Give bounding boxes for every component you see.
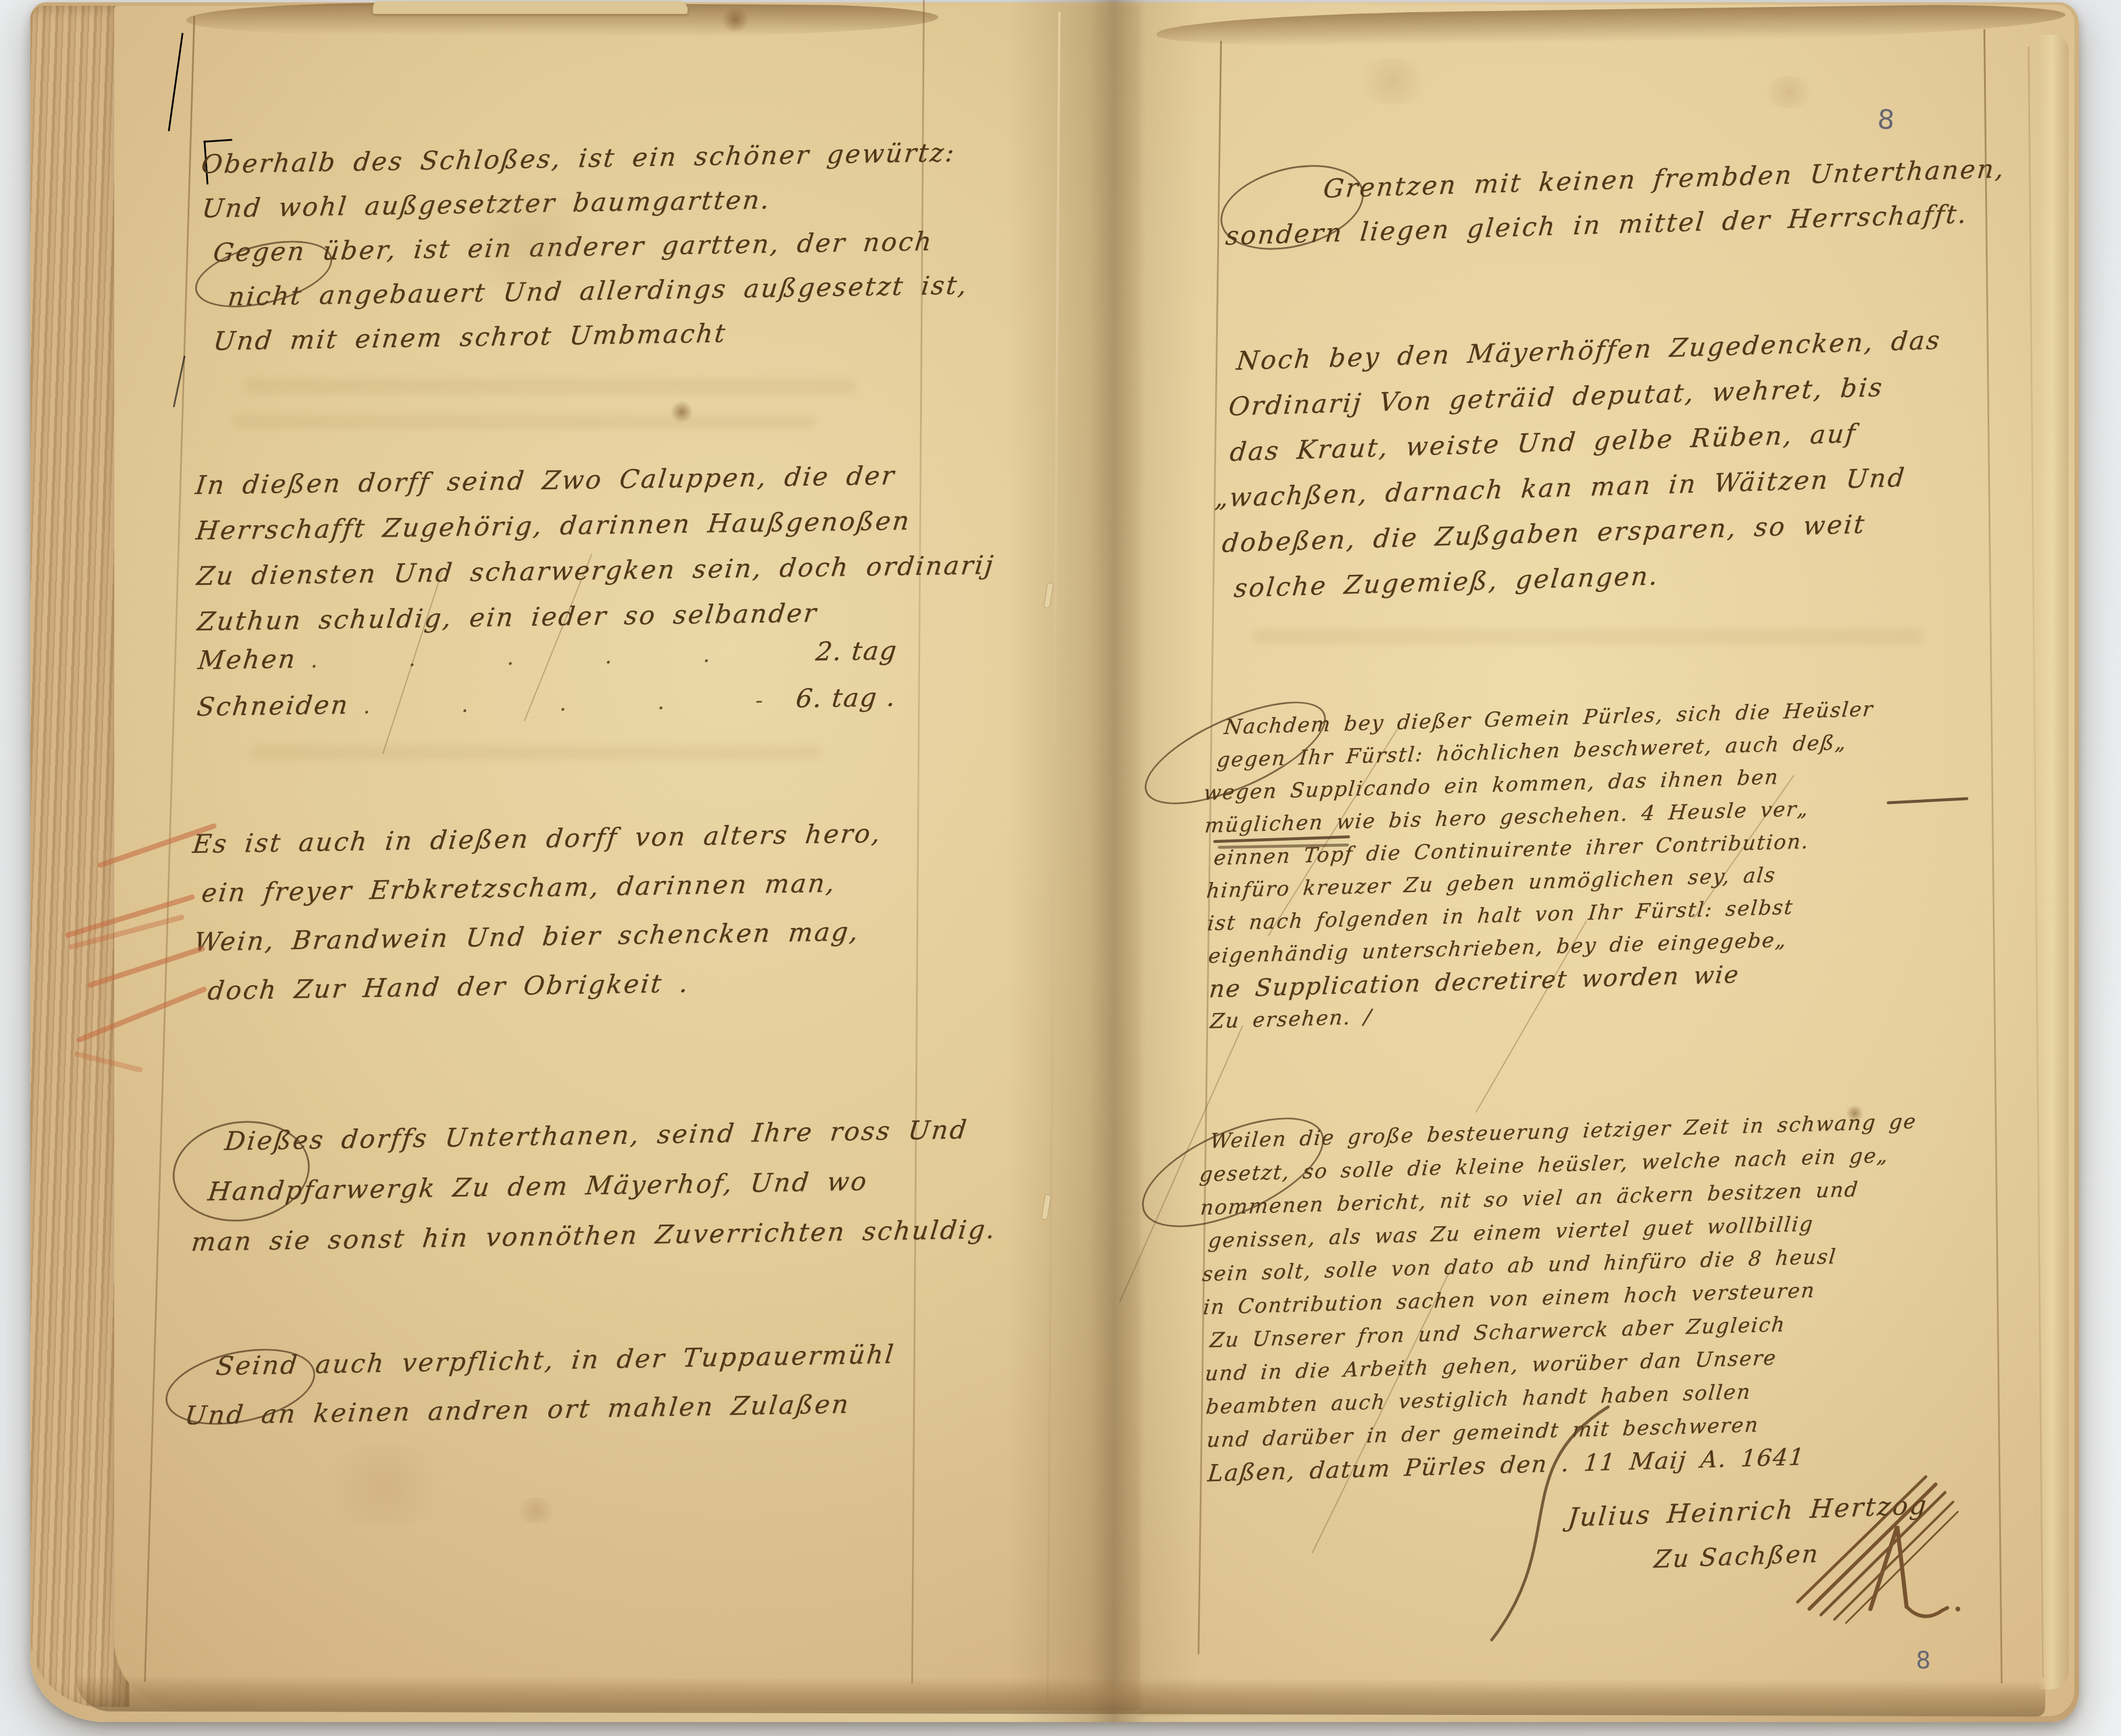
ink-stain xyxy=(720,8,751,31)
ink-stain xyxy=(1846,1105,1863,1122)
service-value: 2. tag xyxy=(814,636,899,667)
verso-bleed-through xyxy=(245,379,857,394)
dotted-leader: . . . . . - xyxy=(311,640,802,673)
folio-number-bottom: 8 xyxy=(1916,1647,1930,1674)
underlying-leaf-edge xyxy=(373,1,688,14)
folio-number-top: 8 xyxy=(1876,103,1895,136)
verso-bleed-through xyxy=(1253,629,1923,644)
service-label: Schneiden xyxy=(195,690,351,722)
service-label: Mehen xyxy=(196,644,298,675)
damp-stain xyxy=(315,1445,455,1526)
book-bottom-edge xyxy=(76,1675,2045,1717)
verso-bleed-through xyxy=(233,415,816,429)
verso-bleed-through xyxy=(251,746,822,760)
left-paragraph-2: In dießen dorff seind Zwo Caluppen, die … xyxy=(195,452,995,645)
left-paragraph-3: Es ist auch in dießen dorff von alters h… xyxy=(192,809,885,1016)
service-value: 6. tag . xyxy=(794,683,898,714)
book-gutter xyxy=(1008,0,1200,1722)
manuscript-photo: 8 8 Oberhalb des Schloßes, ist ein schön… xyxy=(0,0,2121,1736)
signature-swash xyxy=(1468,1398,1620,1649)
damp-stain xyxy=(1352,58,1433,105)
damp-stain xyxy=(513,1497,559,1524)
signature-paraph-flourish xyxy=(1783,1456,1975,1643)
damp-stain xyxy=(1760,76,1818,108)
dotted-leader: . . . . - xyxy=(363,687,782,718)
left-paragraph-4: Dießes dorffs Unterthanen, seind Ihre ro… xyxy=(189,1105,996,1268)
damp-stain xyxy=(449,192,612,291)
right-paragraph-2: Noch bey den Mäyerhöffen Zugedencken, da… xyxy=(1227,318,1949,612)
right-page-fore-edge xyxy=(2038,35,2069,1689)
